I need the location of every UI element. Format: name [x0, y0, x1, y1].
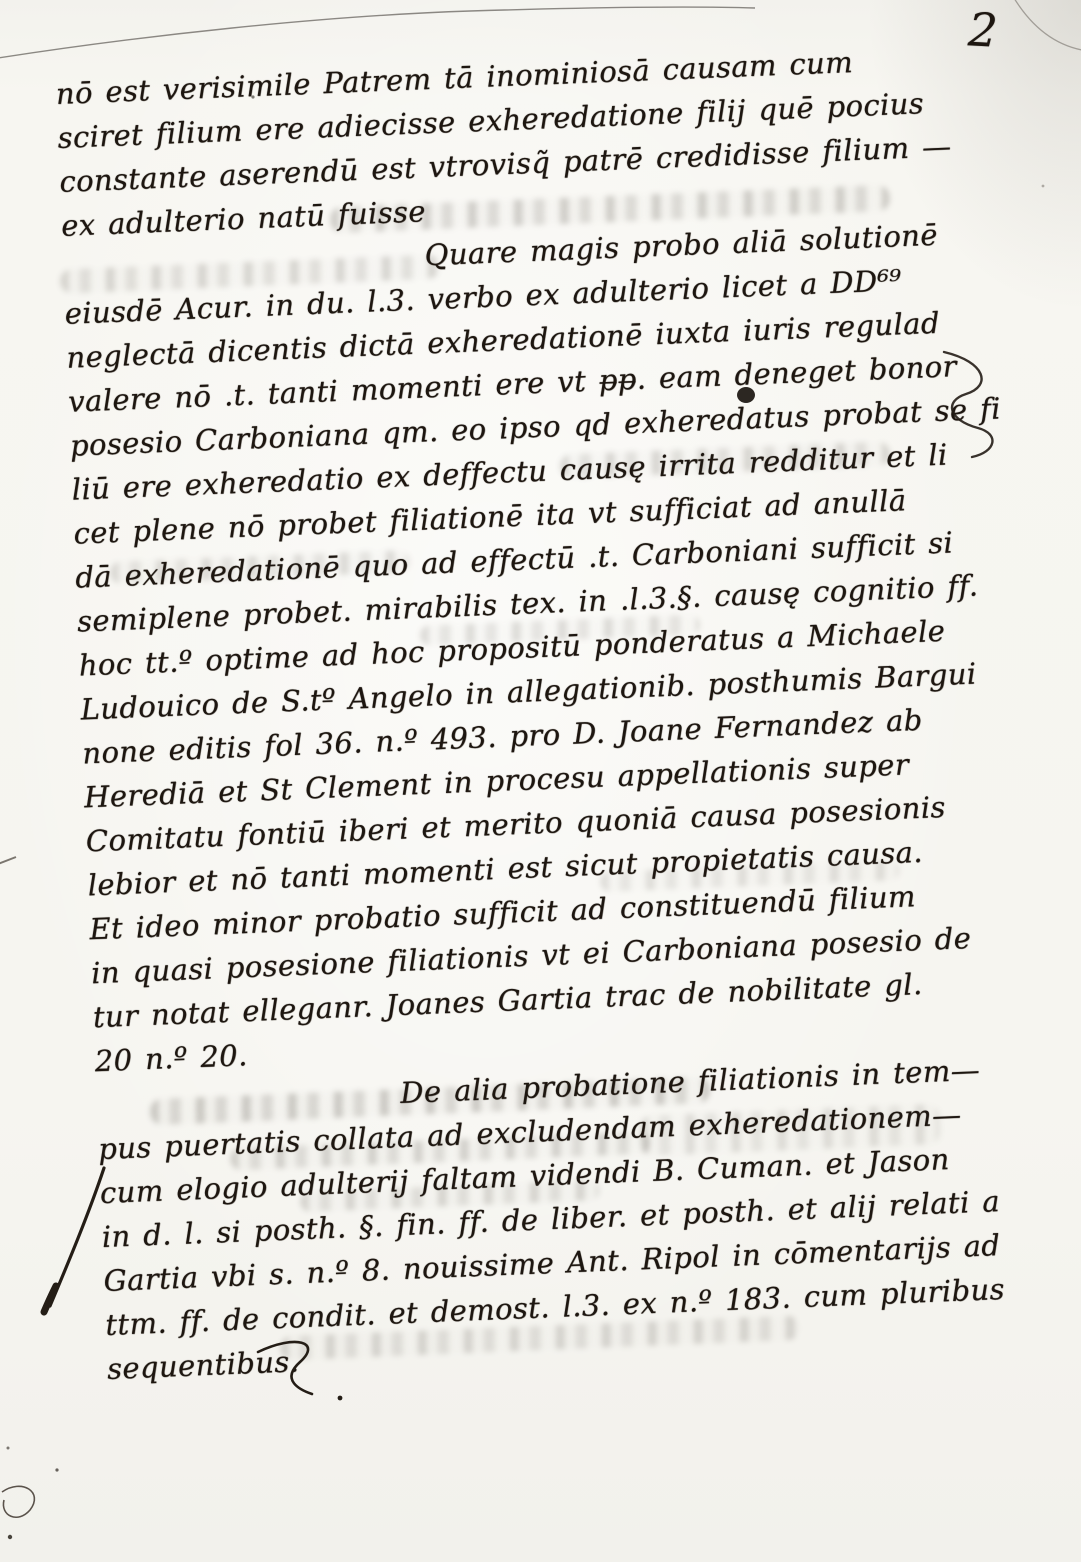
paragraph-mark — [50, 1168, 104, 1306]
ink-swirl-mark — [2, 1486, 34, 1517]
end-flourish-dot — [338, 1396, 343, 1401]
paragraph-mark-tip — [44, 1286, 56, 1312]
manuscript-text: nō est verisimile Patrem tā inominiosā c… — [55, 35, 1037, 1391]
ink-speck — [1042, 185, 1045, 188]
paragraph: De alia probatione filiationis in tem—pu… — [96, 1046, 1038, 1391]
ink-speck — [8, 1535, 12, 1539]
left-edge-dash — [0, 857, 16, 864]
corner-curl-mark — [1014, 0, 1081, 50]
manuscript-page: 2 nō est verisimile Patrem tā inominiosā… — [0, 0, 1081, 1562]
ink-speck — [7, 1447, 10, 1450]
ink-speck — [55, 1468, 58, 1471]
paragraph: Quare magis probo aliā solutionēeiusdē A… — [62, 211, 1025, 1084]
